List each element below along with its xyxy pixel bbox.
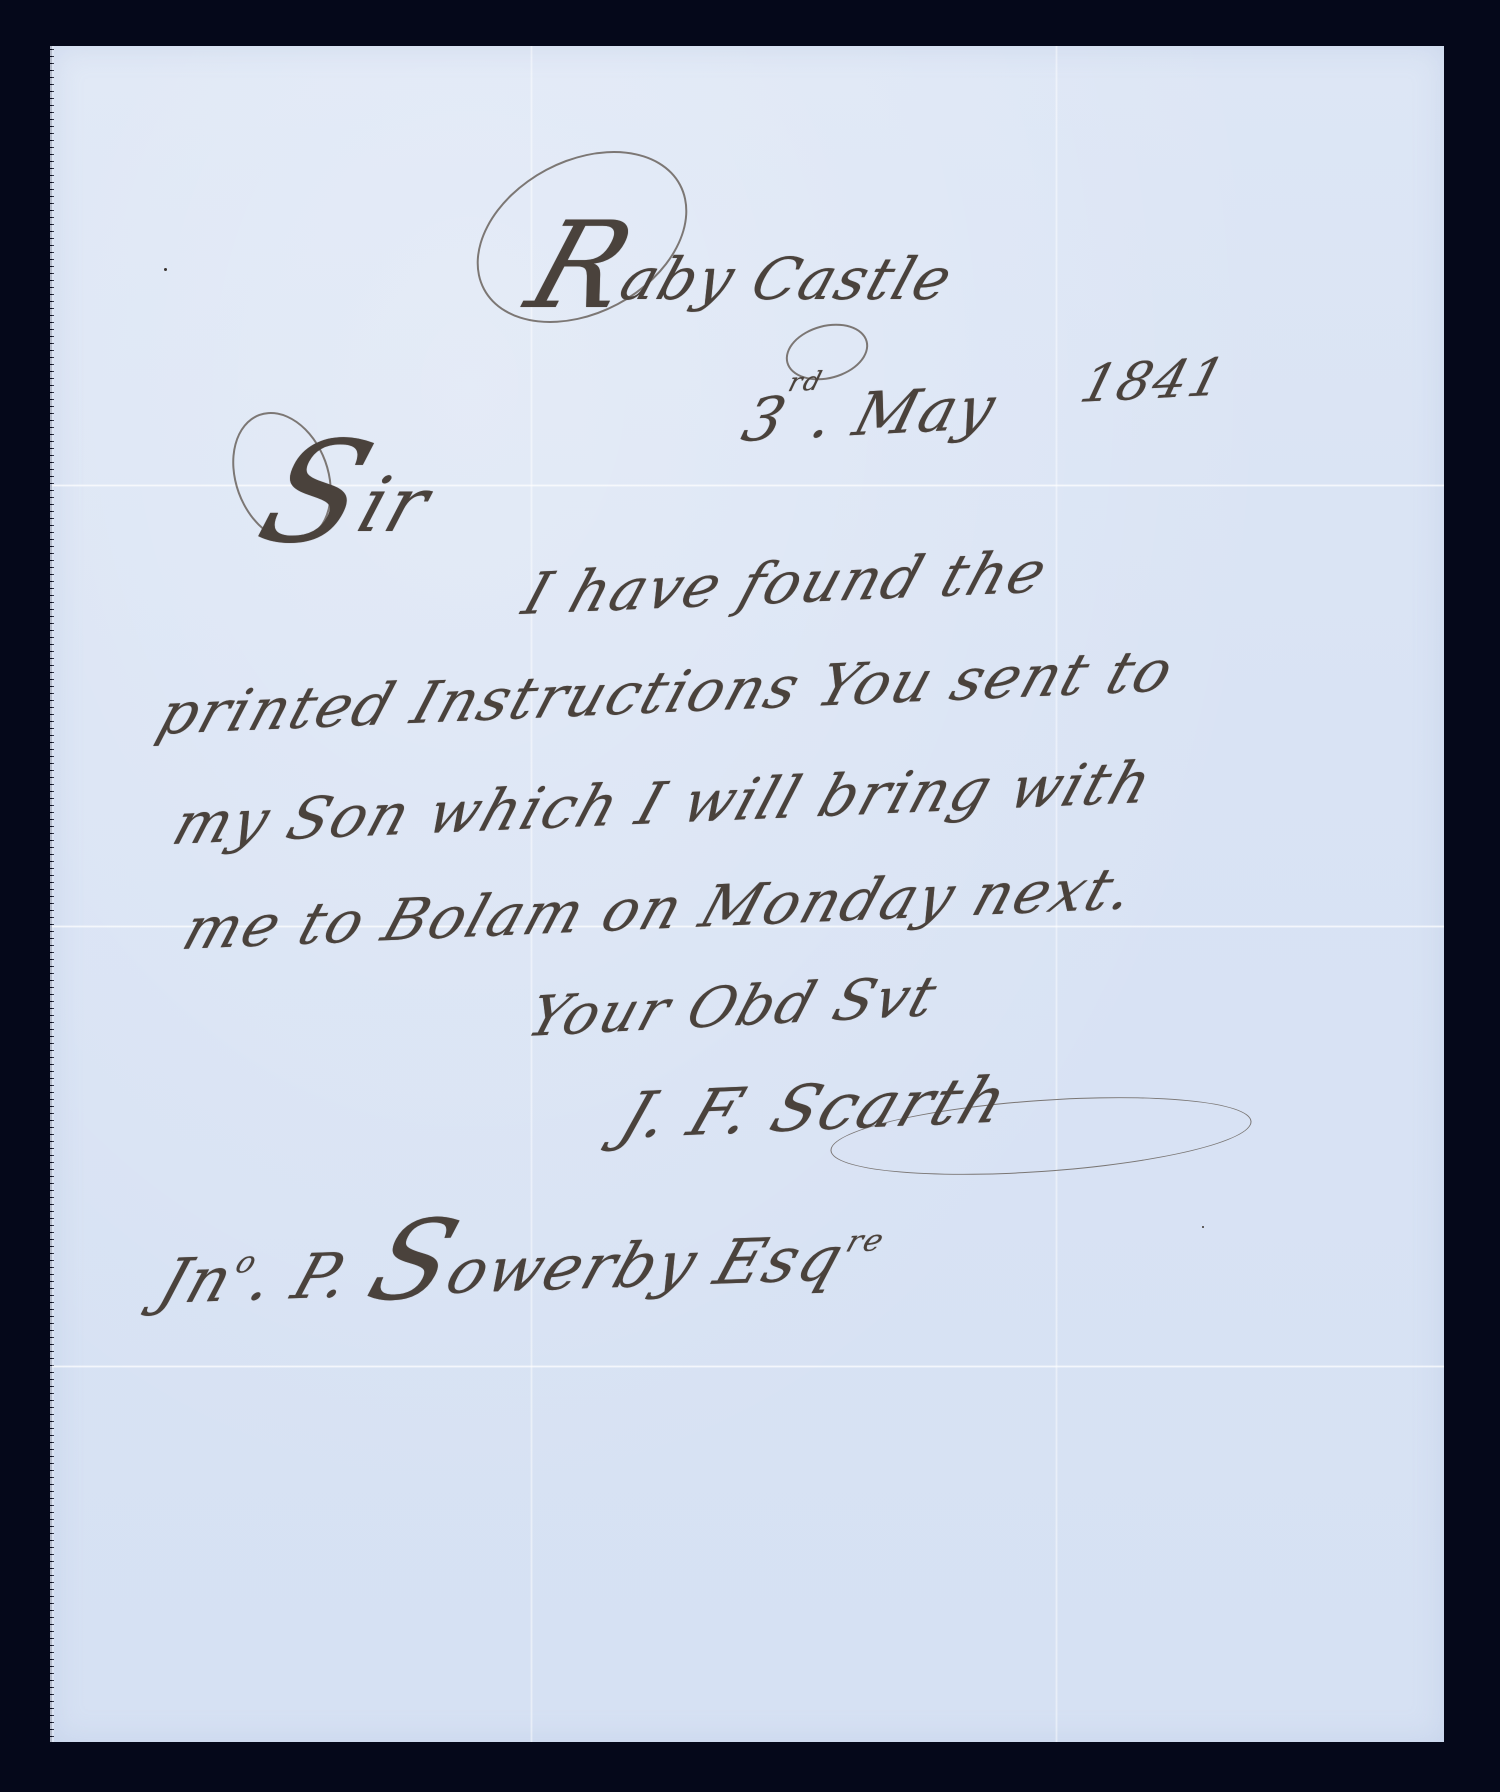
place-rest: aby Castle — [612, 245, 962, 313]
date-year: 1841 — [1074, 348, 1233, 415]
addressee-surname-rest: owerby — [438, 1227, 708, 1308]
ink-speck — [1202, 1226, 1204, 1228]
letter-salutation: Sir — [250, 460, 441, 549]
date-day-suffix: rd — [785, 367, 827, 399]
date-month: May — [846, 373, 1004, 450]
fold-line-horizontal — [52, 1365, 1444, 1368]
letter-place: Raby Castle — [520, 245, 962, 313]
ink-speck — [164, 268, 167, 271]
addressee-suffix: Esq — [684, 1222, 854, 1300]
